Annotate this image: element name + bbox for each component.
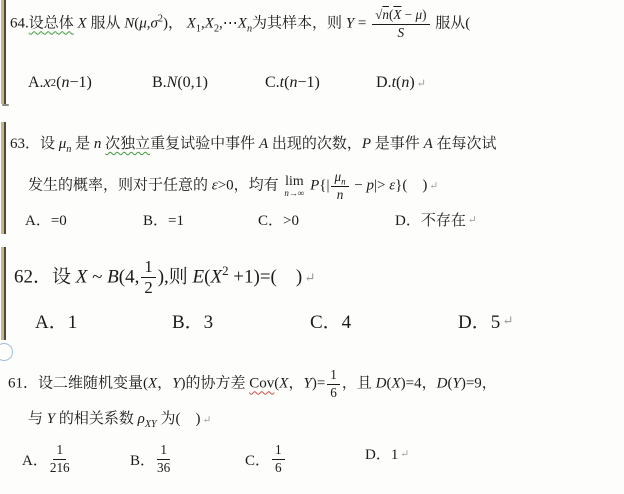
text-run: Y	[346, 15, 354, 31]
text-run: ，且	[342, 375, 376, 391]
page-edge-circle-shape	[0, 343, 13, 361]
question-62-option-B: B．3	[172, 307, 213, 334]
text-run: 出现的次数，	[268, 136, 362, 152]
text-run: (4,	[119, 266, 140, 287]
text-run: A	[259, 136, 268, 152]
text-run: Y	[303, 375, 311, 391]
text-run: D．5	[458, 307, 500, 334]
question-63-option-B: B．=1	[143, 209, 184, 230]
text-run: S	[398, 25, 405, 40]
text-run: |>	[374, 177, 389, 193]
paragraph-mark: ↵	[400, 448, 409, 460]
text-run: N	[167, 74, 178, 92]
text-run: )，	[163, 15, 187, 31]
text-run: 61．设二维随机变量(	[8, 375, 148, 391]
paragraph-mark: ↵	[417, 77, 426, 90]
fraction: √n(X − μ)S	[372, 8, 429, 40]
question-63-option-A: A．=0	[25, 209, 67, 230]
text-run: 与	[28, 411, 47, 427]
fraction-denominator: 6	[330, 385, 337, 401]
question-63-line-1: 63．设 μn 是 n 次独立重复试验中事件 A 出现的次数，P 是事件 A 在…	[10, 135, 497, 154]
question-64-line-1: 64.设总体 X 服从 N(μ,σ2)， X1,X2,⋯Xn为其样本，则 Y =…	[10, 8, 470, 40]
fraction-denominator: 216	[50, 460, 70, 476]
text-run: n	[401, 74, 409, 92]
text-run: 为( )	[157, 411, 201, 427]
text-run: −	[401, 7, 415, 22]
fraction-denominator: 36	[157, 460, 170, 476]
text-run: n	[341, 177, 345, 187]
text-run: ,⋯	[219, 15, 238, 31]
text-run: B．	[130, 449, 155, 470]
text-run: 1	[330, 367, 337, 382]
text-run: μ	[139, 15, 147, 31]
text-run: )	[422, 7, 426, 22]
text-run: }( )	[395, 177, 427, 193]
text-run: D．不存在	[395, 209, 466, 230]
text-run: Y	[47, 411, 55, 427]
text-run: X	[392, 375, 401, 391]
text-run: D	[376, 375, 387, 391]
fraction-numerator: 1	[157, 443, 170, 460]
question-64-option-B: B.N(0,1)	[152, 74, 208, 92]
page-edge-tick	[2, 104, 9, 106]
text-run: C．4	[310, 307, 351, 334]
text-run: n	[289, 74, 297, 92]
text-run: 62．设	[14, 266, 76, 287]
text-run: )的协方差	[181, 375, 250, 391]
fraction-numerator: 1	[53, 443, 66, 460]
text-run: n	[61, 74, 69, 92]
fraction-denominator: 6	[275, 460, 282, 476]
fraction: 1216	[50, 443, 70, 475]
text-run: )=4，	[401, 375, 437, 391]
page-edge-rule-2	[4, 122, 6, 234]
text-run: A．=0	[25, 209, 67, 230]
question-61-option-A: A．1216	[22, 443, 72, 475]
text-run: B．3	[172, 307, 213, 334]
text-run: 6	[330, 385, 337, 400]
paragraph-mark: ↵	[468, 214, 477, 226]
text-run: XY	[145, 419, 157, 430]
text-run: 在每次试	[433, 136, 497, 152]
text-run: =	[354, 15, 370, 31]
question-61-option-C: C．16	[245, 443, 287, 475]
text-run: p	[367, 177, 375, 193]
fraction-numerator: 1	[141, 258, 155, 278]
text-run: 1	[275, 442, 282, 457]
fraction-denominator: S	[398, 25, 405, 41]
question-63-option-C: C．>0	[258, 209, 299, 230]
page-edge-rule-3	[4, 247, 6, 340]
text-run: 发生的概率，则对于任意的	[28, 177, 212, 193]
text-run: 216	[50, 460, 70, 475]
text-run: 64.	[10, 15, 29, 31]
text-run: ，	[157, 375, 172, 391]
question-64-option-C: C.t(n−1)	[265, 74, 320, 92]
text-run: −1)	[69, 74, 91, 92]
text-run: −1)	[297, 74, 319, 92]
text-run: ),则	[158, 266, 193, 287]
text-run: σ	[151, 15, 158, 31]
question-63-line-2: 发生的概率，则对于任意的 ε>0，均有 limn→∞ P{|μnn − p|> …	[28, 170, 438, 202]
question-61-option-D: D．1↵	[365, 443, 409, 464]
text-run: B．=1	[143, 209, 184, 230]
text-run: ρ	[138, 411, 145, 427]
fraction-denominator: n	[337, 187, 344, 203]
text-run: 1	[56, 442, 63, 457]
text-run: x	[44, 74, 51, 92]
text-run: 1	[160, 442, 167, 457]
fraction-numerator: 1	[327, 368, 340, 385]
text-run: D	[437, 375, 448, 391]
fraction-numerator: μn	[331, 170, 348, 187]
text-run: n	[337, 187, 344, 202]
question-62-option-D: D．5↵	[458, 307, 513, 334]
document-page: { "page": { "background_color": "#fdfdfb…	[0, 0, 624, 494]
text-run: C．>0	[258, 209, 299, 230]
text-run: N	[124, 15, 134, 31]
text-run: 服从(	[432, 15, 471, 31]
text-run: B.	[152, 74, 167, 92]
text-run: X	[238, 15, 247, 31]
text-run: D.	[376, 74, 392, 92]
paragraph-mark: ↵	[304, 270, 315, 285]
text-run: X	[210, 266, 222, 287]
fraction: 16	[272, 443, 285, 475]
text-run: A	[424, 136, 433, 152]
fraction: μnn	[331, 170, 348, 202]
text-run: 为其样本，则	[252, 15, 346, 31]
text-run: A．	[22, 449, 48, 470]
text-run: 次独立	[105, 136, 150, 152]
text-run: 6	[275, 460, 282, 475]
text-run: X	[187, 15, 196, 31]
paragraph-mark: ↵	[429, 181, 438, 192]
text-run: 是事件	[371, 136, 424, 152]
text-run: 重复试验中事件	[150, 136, 259, 152]
question-64-option-D: D.t(n)↵	[376, 74, 426, 92]
text-run: C．	[245, 449, 270, 470]
text-run: 设总体	[29, 15, 74, 31]
text-run: 的相关系数	[55, 411, 138, 427]
text-run: 2	[144, 278, 152, 297]
question-62-option-C: C．4	[310, 307, 351, 334]
text-run: C.	[265, 74, 280, 92]
question-61-line-1: 61．设二维随机变量(X，Y)的协方差 Cov(X，Y)=16，且 D(X)=4…	[8, 368, 497, 400]
paragraph-mark: ↵	[202, 415, 211, 426]
page-edge-rule-1	[4, 0, 6, 104]
text-run: 36	[157, 460, 170, 475]
question-62-option-A: A．1	[35, 307, 77, 334]
fraction: 16	[327, 368, 340, 400]
text-run: A.	[28, 74, 44, 92]
text-run: )=	[312, 375, 325, 391]
limit-subscript: n→∞	[284, 189, 304, 198]
text-run: )	[409, 74, 414, 92]
text-run: A．1	[35, 307, 77, 334]
text-run: (0,1)	[177, 74, 208, 92]
fraction: 136	[157, 443, 170, 475]
text-run: Y	[452, 375, 460, 391]
text-run: B	[107, 266, 119, 287]
text-run: X	[148, 375, 157, 391]
text-run: n	[382, 7, 389, 22]
paragraph-mark: ↵	[502, 313, 513, 329]
text-run: Y	[172, 375, 180, 391]
text-run: X	[205, 15, 214, 31]
question-64-option-A: A.x2(n−1)	[28, 74, 92, 92]
fraction-denominator: 2	[144, 278, 152, 297]
text-run: 是	[71, 136, 94, 152]
text-run: −	[351, 177, 367, 193]
text-run: {|	[319, 177, 329, 193]
text-run: 1	[144, 257, 152, 276]
question-61-option-B: B．136	[130, 443, 172, 475]
text-run: X	[76, 266, 88, 287]
fraction: 12	[141, 258, 155, 298]
text-run: D．1	[365, 443, 398, 464]
text-run: X	[78, 15, 87, 31]
text-run: ，	[288, 375, 303, 391]
text-run: )=9，	[461, 375, 497, 391]
text-run: 服从	[87, 15, 125, 31]
text-run: Cov	[249, 375, 274, 391]
question-62-line-1: 62．设 X ~ B(4,12),则 E(X2 +1)=( )↵	[14, 258, 315, 298]
text-run: >0，均有	[218, 177, 283, 193]
question-63-option-D: D．不存在↵	[395, 209, 477, 230]
fraction-numerator: √n(X − μ)	[372, 8, 429, 25]
limit-operator: limn→∞	[284, 174, 304, 198]
text-run: E	[193, 266, 205, 287]
text-run: P	[362, 136, 371, 152]
limit-label: lim	[285, 174, 303, 188]
text-run: 63．设	[10, 136, 59, 152]
fraction-numerator: 1	[272, 443, 285, 460]
text-run: ~	[87, 266, 107, 287]
text-run: +1)=( )	[229, 266, 303, 287]
question-61-line-2: 与 Y 的相关系数 ρXY 为( )↵	[28, 410, 211, 429]
text-run: P	[310, 177, 319, 193]
